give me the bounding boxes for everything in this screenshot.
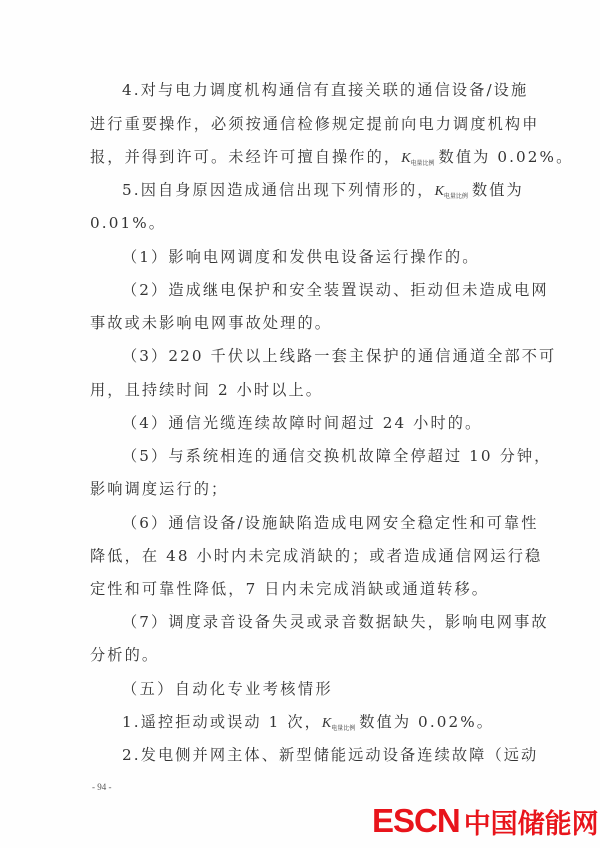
list-item-3-line-2: 用，且持续时间 2 小时以上。 [90, 380, 514, 400]
list-item-2-line-1: （2）造成继电保护和安全装置误动、拒动但未造成电网 [122, 280, 514, 300]
text: 5.因自身原因造成通信出现下列情形的， [122, 181, 435, 199]
automation-item-1: 1.遥控拒动或误动 1 次，K电量比例数值为 0.02%。 [122, 712, 514, 739]
k-coefficient: K电量比例 [401, 151, 438, 166]
k-symbol: K [322, 716, 331, 731]
list-item-3-line-1: （3）220 千伏以上线路一套主保护的通信通道全部不可 [122, 346, 514, 366]
paragraph-4-line-3: 报，并得到许可。未经许可擅自操作的，K电量比例数值为 0.02%。 [90, 147, 514, 174]
automation-item-2-line-1: 2.发电侧并网主体、新型储能远动设备连续故障（远动 [122, 745, 514, 765]
list-item-6-line-2: 降低，在 48 小时内未完成消缺的；或者造成通信网运行稳 [90, 546, 514, 566]
text: 数值为 0.02%。 [439, 148, 574, 166]
list-item-7-line-1: （7）调度录音设备失灵或录音数据缺失，影响电网事故 [122, 612, 514, 632]
paragraph-5-line-2: 0.01%。 [90, 213, 514, 233]
k-coefficient: K电量比例 [435, 184, 472, 199]
list-item-6-line-1: （6）通信设备/设施缺陷造成电网安全稳定性和可靠性 [122, 513, 514, 533]
k-symbol: K [401, 151, 410, 166]
list-item-6-line-3: 定性和可靠性降低，7 日内未完成消缺或通道转移。 [90, 579, 514, 599]
section-heading-automation: （五）自动化专业考核情形 [122, 679, 514, 699]
k-coefficient: K电量比例 [322, 716, 359, 731]
k-subscript: 电量比例 [444, 193, 468, 200]
escn-watermark-logo: ESCN 中国储能网 [372, 803, 599, 839]
paragraph-5-line-1: 5.因自身原因造成通信出现下列情形的，K电量比例数值为 [122, 180, 514, 207]
logo-chinese: 中国储能网 [464, 802, 599, 841]
text: 1.遥控拒动或误动 1 次， [122, 713, 322, 731]
text: 数值为 0.02%。 [359, 713, 494, 731]
paragraph-4-line-2: 进行重要操作，必须按通信检修规定提前向电力调度机构申 [90, 114, 514, 134]
list-item-5-line-2: 影响调度运行的； [90, 479, 514, 499]
list-item-7-line-2: 分析的。 [90, 645, 514, 665]
paragraph-4-line-1: 4.对与电力调度机构通信有直接关联的通信设备/设施 [122, 80, 514, 100]
document-page: 4.对与电力调度机构通信有直接关联的通信设备/设施 进行重要操作，必须按通信检修… [0, 0, 600, 848]
list-item-5-line-1: （5）与系统相连的通信交换机故障全停超过 10 分钟， [122, 446, 514, 466]
k-symbol: K [435, 184, 444, 199]
list-item-2-line-2: 事故或未影响电网事故处理的。 [90, 313, 514, 333]
page-number: - 94 - [92, 782, 112, 792]
text: 报，并得到许可。未经许可擅自操作的， [90, 148, 401, 166]
list-item-1: （1）影响电网调度和发供电设备运行操作的。 [122, 247, 514, 267]
list-item-4: （4）通信光缆连续故障时间超过 24 小时的。 [122, 413, 514, 433]
k-subscript: 电量比例 [411, 160, 435, 167]
text: 数值为 [472, 181, 524, 199]
k-subscript: 电量比例 [331, 725, 355, 732]
logo-english: ESCN [372, 802, 460, 840]
